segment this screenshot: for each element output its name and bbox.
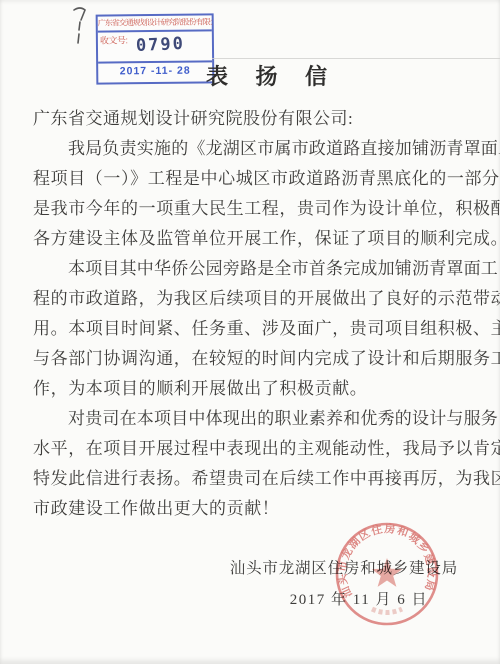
letter-line: 作，为本项目的顺利开展做出了积极贡献。: [33, 374, 367, 404]
scan-crease-line: [212, 58, 500, 59]
letter-line: 是我市今年的一项重大民生工程，贵司作为设计单位，积极配合: [33, 194, 500, 224]
receipt-number-value: 0790: [136, 34, 186, 56]
receipt-number-label: 收文号:: [100, 33, 128, 46]
letter-line: 程的市政道路，为我区后续项目的开展做出了良好的示范带动作: [33, 284, 500, 314]
receipt-stamp-date: 2017 -11- 28: [98, 60, 212, 80]
letter-line: 与各部门协调沟通，在较短的时间内完成了设计和后期服务工: [33, 344, 500, 374]
seal-star-icon: [372, 558, 402, 587]
pen-mark: [66, 2, 96, 52]
letter-line: 对贵司在本项目中体现出的职业素养和优秀的设计与服务: [68, 404, 498, 434]
letter-title: 表 扬 信: [206, 60, 338, 91]
letter-line: 我局负责实施的《龙湖区市属市政道路直接加铺沥青罩面工: [68, 134, 500, 164]
seal-bottom-text-smudge: [372, 609, 402, 613]
letter-line: 市政建设工作做出更大的贡献！: [33, 494, 279, 524]
letter-line: 用。本项目时间紧、任务重、涉及面广，贵司项目组积极、主动: [33, 314, 500, 344]
letter-line: 本项目其中华侨公园旁路是全市首条完成加铺沥青罩面工: [68, 254, 498, 284]
letter-page: 广东省交通规划设计研究院股份有限公司 收文号: 0790 2017 -11- 2…: [0, 0, 500, 664]
receipt-stamp-company: 广东省交通规划设计研究院股份有限公司: [98, 15, 212, 32]
receipt-stamp: 广东省交通规划设计研究院股份有限公司 收文号: 0790 2017 -11- 2…: [96, 13, 215, 84]
letter-salutation: 广东省交通规划设计研究院股份有限公司:: [33, 104, 353, 129]
official-seal: 汕头市龙湖区住房和城乡建设局: [334, 521, 440, 627]
letter-line: 水平，在项目开展过程中表现出的主观能动性，我局予以肯定，: [33, 434, 500, 464]
receipt-stamp-middle-row: 收文号: 0790: [98, 31, 212, 61]
letter-line: 特发此信进行表扬。希望贵司在后续工作中再接再厉，为我区的: [33, 464, 500, 494]
letter-line: 各方建设主体及监管单位开展工作，保证了项目的顺利完成。: [33, 224, 500, 254]
letter-line: 程项目（一）》工程是中心城区市政道路沥青黑底化的一部分，: [33, 164, 500, 194]
